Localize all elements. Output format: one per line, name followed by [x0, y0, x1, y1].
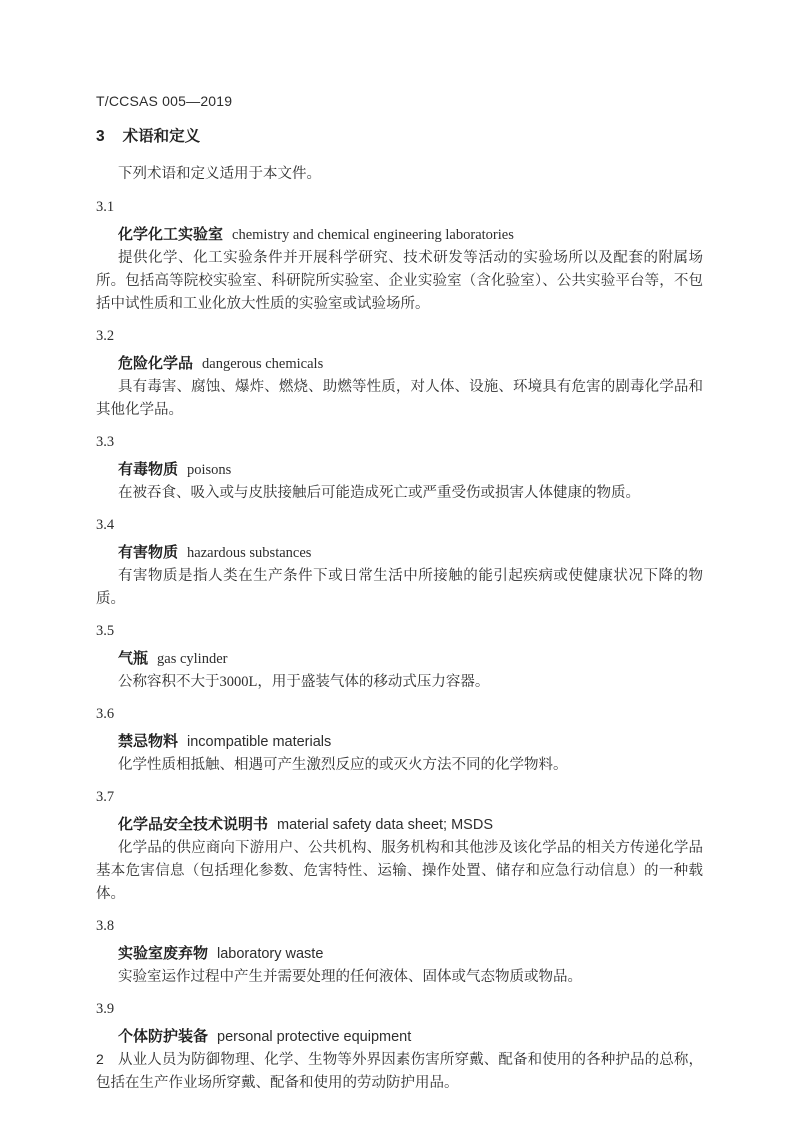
term-definition: 具有毒害、腐蚀、爆炸、燃烧、助燃等性质，对人体、设施、环境具有危害的剧毒化学品和…	[96, 376, 703, 422]
chapter-intro: 下列术语和定义适用于本文件。	[96, 163, 703, 186]
term-name-zh: 禁忌物料	[118, 733, 178, 750]
term-number: 3.1	[96, 196, 703, 219]
term-entry: 3.2 危险化学品dangerous chemicals 具有毒害、腐蚀、爆炸、…	[96, 325, 703, 422]
term-definition: 从业人员为防御物理、化学、生物等外界因素伤害所穿戴、配备和使用的各种护品的总称，…	[96, 1049, 703, 1095]
term-title: 气瓶gas cylinder	[96, 647, 703, 671]
term-name-en: laboratory waste	[217, 946, 323, 962]
term-entry: 3.3 有毒物质poisons 在被吞食、吸入或与皮肤接触后可能造成死亡或严重受…	[96, 431, 703, 505]
chapter-number: 3	[96, 128, 105, 145]
term-entry: 3.4 有害物质hazardous substances 有害物质是指人类在生产…	[96, 514, 703, 611]
term-name-en: chemistry and chemical engineering labor…	[232, 227, 514, 243]
term-number: 3.4	[96, 514, 703, 537]
term-name-en: incompatible materials	[187, 734, 331, 750]
running-header: T/CCSAS 005—2019	[96, 90, 703, 113]
term-title: 有毒物质poisons	[96, 458, 703, 482]
term-name-zh: 有害物质	[118, 544, 178, 561]
chapter-heading: 3术语和定义	[96, 125, 703, 148]
term-definition: 有害物质是指人类在生产条件下或日常生活中所接触的能引起疾病或使健康状况下降的物质…	[96, 565, 703, 611]
term-number: 3.8	[96, 915, 703, 938]
term-name-zh: 气瓶	[118, 650, 148, 667]
term-title: 个体防护装备personal protective equipment	[96, 1025, 703, 1049]
term-title: 化学化工实验室chemistry and chemical engineerin…	[96, 223, 703, 247]
term-name-zh: 化学品安全技术说明书	[118, 816, 268, 833]
term-name-en: material safety data sheet; MSDS	[277, 817, 493, 833]
term-name-zh: 个体防护装备	[118, 1028, 208, 1045]
term-title: 禁忌物料incompatible materials	[96, 730, 703, 754]
term-name-en: gas cylinder	[157, 651, 227, 667]
term-definition: 实验室运作过程中产生并需要处理的任何液体、固体或气态物质或物品。	[96, 966, 703, 989]
term-number: 3.2	[96, 325, 703, 348]
term-number: 3.7	[96, 786, 703, 809]
term-number: 3.5	[96, 620, 703, 643]
term-definition: 公称容积不大于3000L，用于盛装气体的移动式压力容器。	[96, 671, 703, 694]
term-entry: 3.1 化学化工实验室chemistry and chemical engine…	[96, 196, 703, 316]
term-entry: 3.5 气瓶gas cylinder 公称容积不大于3000L，用于盛装气体的移…	[96, 620, 703, 694]
term-definition: 在被吞食、吸入或与皮肤接触后可能造成死亡或严重受伤或损害人体健康的物质。	[96, 482, 703, 505]
term-entry: 3.8 实验室废弃物laboratory waste 实验室运作过程中产生并需要…	[96, 915, 703, 989]
term-definition: 化学性质相抵触、相遇可产生激烈反应的或灭火方法不同的化学物料。	[96, 754, 703, 777]
term-title: 化学品安全技术说明书material safety data sheet; MS…	[96, 813, 703, 837]
term-number: 3.9	[96, 998, 703, 1021]
term-entry: 3.9 个体防护装备personal protective equipment …	[96, 998, 703, 1095]
term-title: 有害物质hazardous substances	[96, 541, 703, 565]
term-number: 3.6	[96, 703, 703, 726]
term-entry: 3.6 禁忌物料incompatible materials 化学性质相抵触、相…	[96, 703, 703, 777]
page-number: 2	[96, 1048, 104, 1071]
term-title: 实验室废弃物laboratory waste	[96, 942, 703, 966]
term-definition: 化学品的供应商向下游用户、公共机构、服务机构和其他涉及该化学品的相关方传递化学品…	[96, 837, 703, 906]
term-name-en: poisons	[187, 462, 231, 478]
term-name-en: dangerous chemicals	[202, 356, 323, 372]
term-definition: 提供化学、化工实验条件并开展科学研究、技术研发等活动的实验场所以及配套的附属场所…	[96, 247, 703, 316]
chapter-title: 术语和定义	[123, 128, 201, 145]
term-name-zh: 实验室废弃物	[118, 945, 208, 962]
term-name-en: hazardous substances	[187, 545, 311, 561]
terms-list: 3.1 化学化工实验室chemistry and chemical engine…	[96, 196, 703, 1095]
term-entry: 3.7 化学品安全技术说明书material safety data sheet…	[96, 786, 703, 906]
term-number: 3.3	[96, 431, 703, 454]
term-name-zh: 有毒物质	[118, 461, 178, 478]
term-name-en: personal protective equipment	[217, 1029, 411, 1045]
term-title: 危险化学品dangerous chemicals	[96, 352, 703, 376]
document-page: T/CCSAS 005—2019 3术语和定义 下列术语和定义适用于本文件。 3…	[0, 0, 793, 1122]
term-name-zh: 化学化工实验室	[118, 226, 223, 243]
term-name-zh: 危险化学品	[118, 355, 193, 372]
